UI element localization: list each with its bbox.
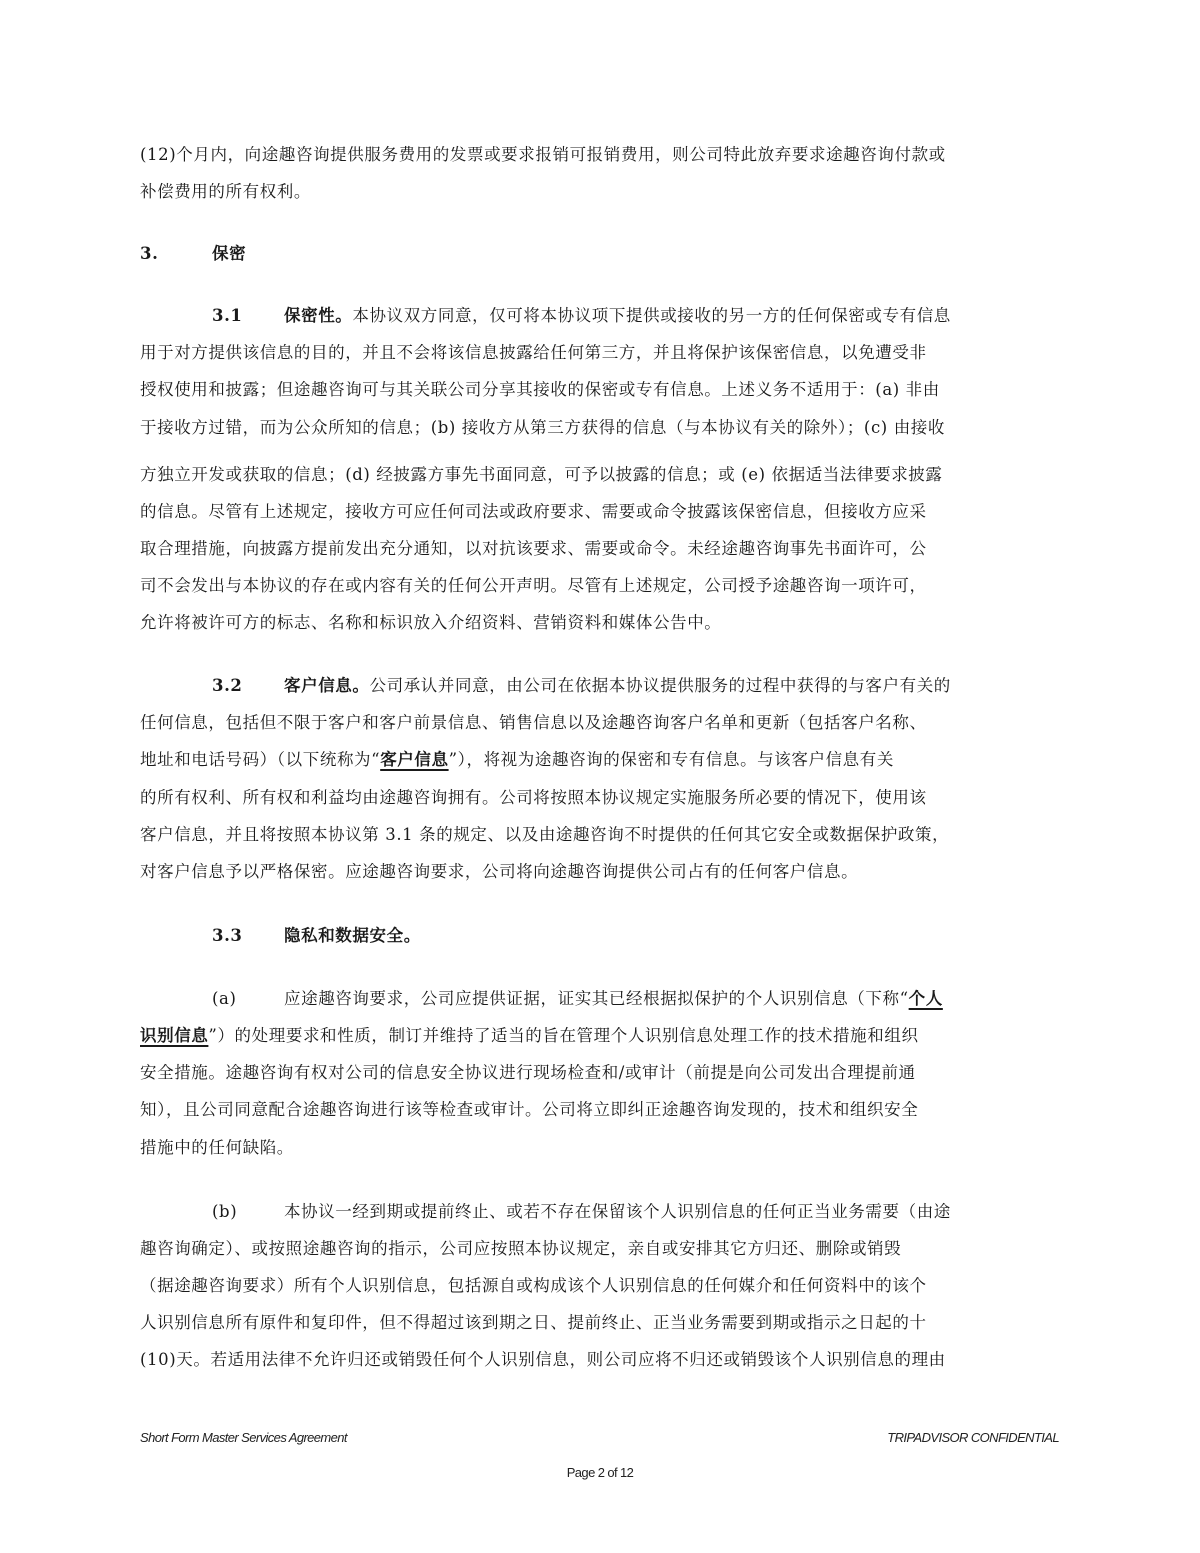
subsection-heading: 保密性。 — [284, 306, 352, 325]
paragraph-text: 本协议一经到期或提前终止、或若不存在保留该个人识别信息的任何正当业务需要（由途 — [284, 1202, 951, 1221]
paragraph-line: （据途趣咨询要求）所有个人识别信息，包括源自或构成该个人识别信息的任何媒介和任何… — [140, 1276, 1060, 1296]
paragraph-line: 识别信息”）的处理要求和性质，制订并维持了适当的旨在管理个人识别信息处理工作的技… — [140, 1026, 1060, 1046]
paragraph-line: 允许将被许可方的标志、名称和标识放入介绍资料、营销资料和媒体公告中。 — [140, 613, 1060, 633]
subsection-3-1-first-line: 3.1保密性。本协议双方同意，仅可将本协议项下提供或接收的另一方的任何保密或专有… — [140, 306, 1060, 326]
section-title: 保密 — [212, 244, 246, 263]
section-number: 3. — [140, 244, 212, 264]
paragraph-line: 的所有权利、所有权和利益均由途趣咨询拥有。公司将按照本协议规定实施服务所必要的情… — [140, 788, 1060, 808]
paragraph-text: 应途趣咨询要求，公司应提供证据，证实其已经根据拟保护的个人识别信息（下称“ — [284, 989, 909, 1008]
paragraph-line: 知），且公司同意配合途趣咨询进行该等检查或审计。公司将立即纠正途趣咨询发现的，技… — [140, 1100, 1060, 1120]
paragraph-line: 任何信息，包括但不限于客户和客户前景信息、销售信息以及途趣咨询客户名单和更新（包… — [140, 713, 1060, 733]
paragraph-line: 司不会发出与本协议的存在或内容有关的任何公开声明。尽管有上述规定，公司授予途趣咨… — [140, 576, 1060, 596]
paragraph-line: (12)个月内，向途趣咨询提供服务费用的发票或要求报销可报销费用，则公司特此放弃… — [140, 145, 1060, 165]
subsection-3-2-first-line: 3.2客户信息。公司承认并同意，由公司在依据本协议提供服务的过程中获得的与客户有… — [140, 676, 1060, 696]
paragraph-line: 地址和电话号码）（以下统称为“客户信息”），将视为途趣咨询的保密和专有信息。与该… — [140, 750, 1060, 770]
paragraph-line: 方独立开发或获取的信息；(d) 经披露方事先书面同意，可予以披露的信息；或 (e… — [140, 465, 1060, 485]
paragraph-line: 措施中的任何缺陷。 — [140, 1138, 1060, 1158]
paragraph-line: 用于对方提供该信息的目的，并且不会将该信息披露给任何第三方，并且将保护该保密信息… — [140, 343, 1060, 363]
subsection-number: 3.1 — [212, 306, 284, 326]
paragraph-text: 地址和电话号码）（以下统称为“ — [140, 750, 380, 769]
subsection-heading: 客户信息。 — [284, 676, 370, 695]
clause-a-first-line: (a)应途趣咨询要求，公司应提供证据，证实其已经根据拟保护的个人识别信息（下称“… — [140, 989, 1060, 1009]
paragraph-text: ”）的处理要求和性质，制订并维持了适当的旨在管理个人识别信息处理工作的技术措施和… — [208, 1026, 918, 1045]
paragraph-line: 对客户信息予以严格保密。应途趣咨询要求，公司将向途趣咨询提供公司占有的任何客户信… — [140, 862, 1060, 882]
paragraph-text: 本协议双方同意，仅可将本协议项下提供或接收的另一方的任何保密或专有信息 — [352, 306, 951, 325]
paragraph-line: 的信息。尽管有上述规定，接收方可应任何司法或政府要求、需要或命令披露该保密信息，… — [140, 502, 1060, 522]
paragraph-text: ”），将视为途趣咨询的保密和专有信息。与该客户信息有关 — [449, 750, 894, 769]
defined-term: 个人 — [909, 989, 943, 1008]
clause-label: (b) — [212, 1202, 284, 1222]
paragraph-text: 公司承认并同意，由公司在依据本协议提供服务的过程中获得的与客户有关的 — [370, 676, 951, 695]
paragraph-line: 授权使用和披露；但途趣咨询可与其关联公司分享其接收的保密或专有信息。上述义务不适… — [140, 380, 1060, 400]
subsection-number: 3.3 — [212, 926, 284, 946]
subsection-heading: 隐私和数据安全。 — [284, 926, 421, 945]
paragraph-line: 趣咨询确定）、或按照途趣咨询的指示，公司应按照本协议规定，亲自或安排其它方归还、… — [140, 1239, 1060, 1259]
footer-document-title: Short Form Master Services Agreement — [140, 1430, 347, 1445]
subsection-number: 3.2 — [212, 676, 284, 696]
subsection-3-3-heading: 3.3隐私和数据安全。 — [140, 926, 1132, 946]
document-page: (12)个月内，向途趣咨询提供服务费用的发票或要求报销可报销费用，则公司特此放弃… — [0, 0, 1200, 1553]
clause-label: (a) — [212, 989, 284, 1009]
paragraph-line: 取合理措施，向披露方提前发出充分通知，以对抗该要求、需要或命令。未经途趣咨询事先… — [140, 539, 1060, 559]
section-heading: 3.保密 — [140, 244, 1060, 264]
paragraph-line: 客户信息，并且将按照本协议第 3.1 条的规定、以及由途趣咨询不时提供的任何其它… — [140, 825, 1060, 845]
footer-confidential-label: TRIPADVISOR CONFIDENTIAL — [887, 1430, 1059, 1445]
defined-term: 客户信息 — [380, 750, 448, 769]
paragraph-line: 于接收方过错，而为公众所知的信息；(b) 接收方从第三方获得的信息（与本协议有关… — [140, 418, 1060, 438]
paragraph-line: 补偿费用的所有权利。 — [140, 182, 1060, 202]
paragraph-line: 安全措施。途趣咨询有权对公司的信息安全协议进行现场检查和/或审计（前提是向公司发… — [140, 1063, 1060, 1083]
paragraph-line: 人识别信息所有原件和复印件，但不得超过该到期之日、提前终止、正当业务需要到期或指… — [140, 1313, 1060, 1333]
clause-b-first-line: (b)本协议一经到期或提前终止、或若不存在保留该个人识别信息的任何正当业务需要（… — [140, 1202, 1060, 1222]
defined-term: 识别信息 — [140, 1026, 208, 1045]
paragraph-line: (10)天。若适用法律不允许归还或销毁任何个人识别信息，则公司应将不归还或销毁该… — [140, 1350, 1060, 1370]
page-number: Page 2 of 12 — [0, 1465, 1200, 1480]
